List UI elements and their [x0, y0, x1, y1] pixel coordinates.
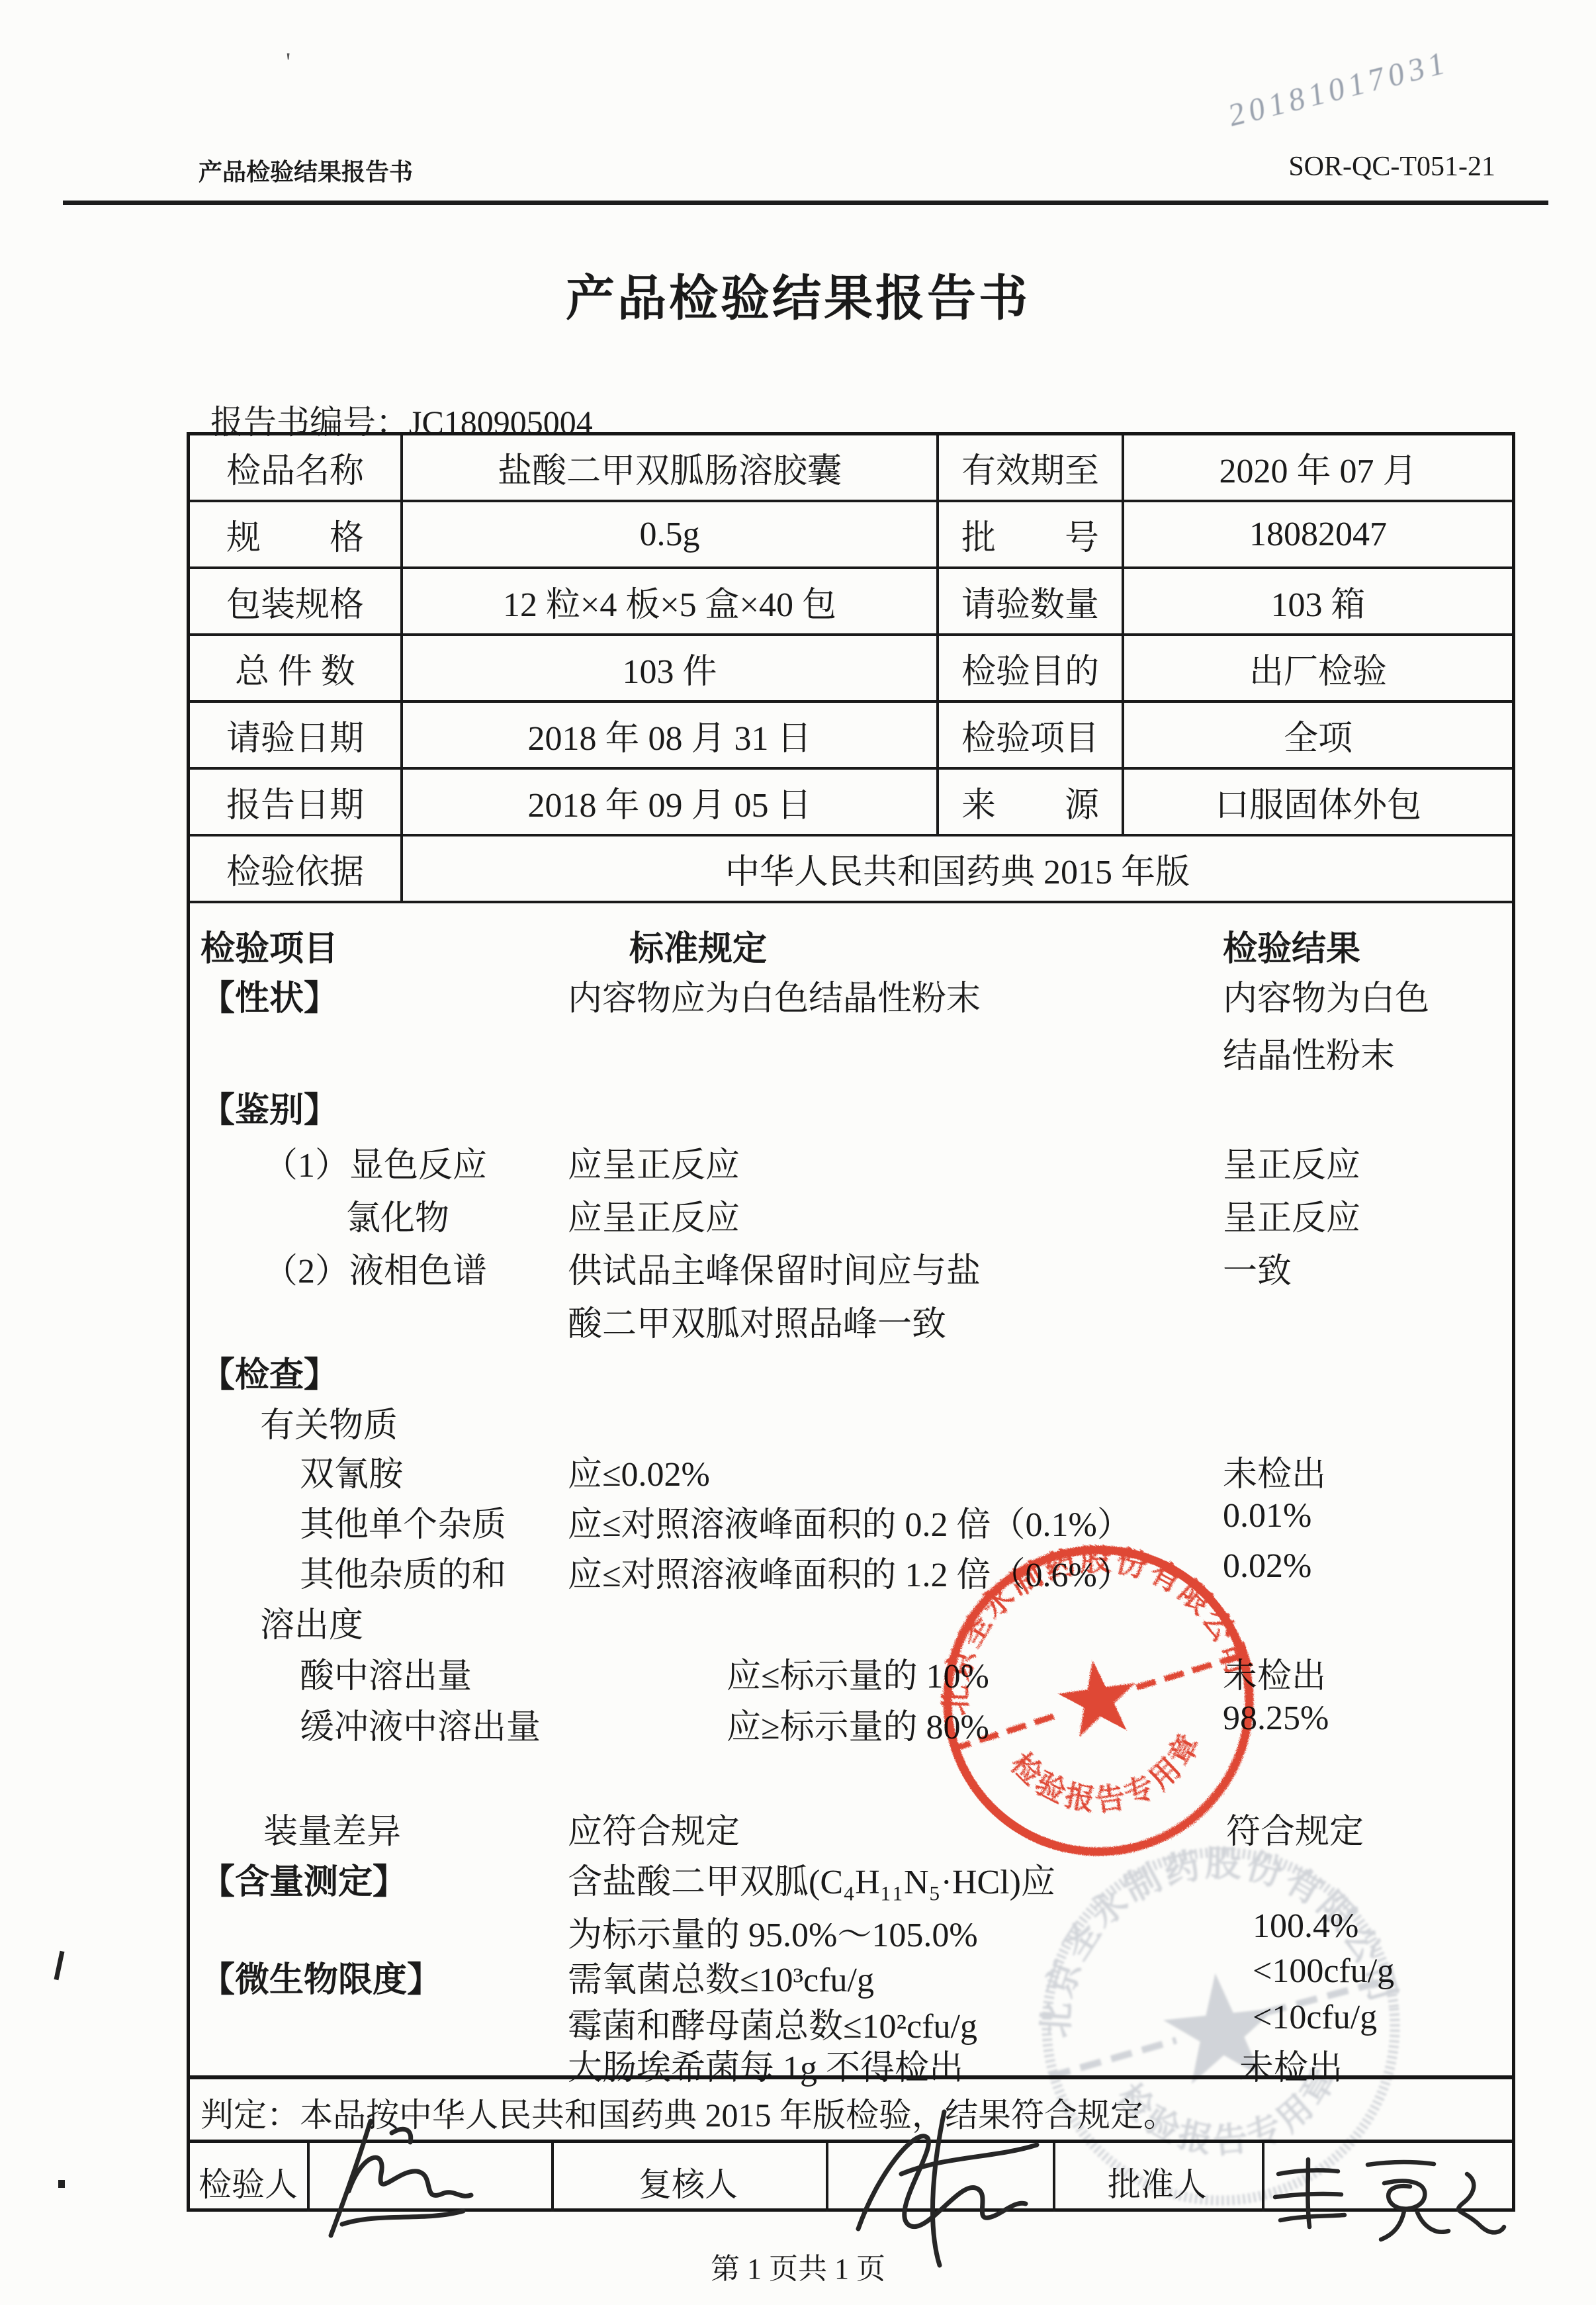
- info-value: 2018 年 09 月 05 日: [403, 770, 939, 836]
- ghost-stamp-star-icon: [1159, 1967, 1283, 2087]
- info-label: 检验项目: [939, 703, 1124, 770]
- page-title: 产品检验结果报告书: [0, 259, 1596, 330]
- info-label: 检验依据: [190, 836, 403, 903]
- report-page: 产品检验结果报告书 SOR-QC-T051-21 ' 产品检验结果报告书 报告书…: [0, 0, 1596, 2305]
- info-value: 103 箱: [1124, 569, 1512, 636]
- result-value: 结晶性粉末: [1223, 1028, 1395, 1077]
- info-label: 有效期至: [939, 435, 1124, 502]
- results-col-item-header: 检验项目: [200, 921, 338, 970]
- info-label: 总 件 数: [190, 636, 403, 703]
- ghost-stamp-type-text: 检验报告专用章: [1107, 2056, 1353, 2172]
- info-value: 103 件: [403, 636, 939, 703]
- result-item: （1）显色反应: [263, 1137, 487, 1187]
- header-divider: [63, 201, 1548, 205]
- result-item: 【性状】: [200, 970, 338, 1020]
- result-value: 一致: [1223, 1243, 1292, 1292]
- scan-mark-left-2: [58, 2180, 65, 2188]
- stamp-type-text: 检验报告专用章: [1002, 1721, 1217, 1829]
- header-form-code: SOR-QC-T051-21: [1125, 151, 1495, 183]
- result-value: 未检出: [1223, 1446, 1326, 1496]
- info-value-merged: 中华人民共和国药典 2015 年版: [403, 836, 1512, 903]
- result-standard: 为标示量的 95.0%～105.0%: [568, 1907, 978, 1956]
- scan-speck: ': [286, 46, 290, 77]
- info-label: 检品名称: [190, 435, 403, 502]
- info-label: 规 格: [190, 502, 403, 569]
- sig-divider: [551, 2143, 554, 2212]
- result-item: 氯化物: [346, 1190, 449, 1240]
- result-item: 其他杂质的和: [300, 1547, 506, 1596]
- result-standard: 内容物应为白色结晶性粉末: [568, 970, 981, 1020]
- info-label: 来 源: [939, 770, 1124, 836]
- info-value: 盐酸二甲双胍肠溶胶囊: [403, 435, 939, 502]
- result-item: 【含量测定】: [200, 1854, 407, 1903]
- results-col-standard-header: 标准规定: [629, 921, 767, 970]
- info-value: 全项: [1124, 703, 1512, 770]
- info-value: 2020 年 07 月: [1124, 435, 1512, 502]
- reviewer-label: 复核人: [639, 2158, 738, 2206]
- result-standard: 应呈正反应: [568, 1190, 740, 1240]
- info-label: 批 号: [939, 502, 1124, 569]
- info-value: 2018 年 08 月 31 日: [403, 703, 939, 770]
- sig-divider: [307, 2143, 310, 2212]
- handwritten-ledger-number: 20181017031: [1227, 43, 1450, 134]
- info-label: 包装规格: [190, 569, 403, 636]
- page-number: 第 1 页共 1 页: [0, 2245, 1596, 2287]
- result-standard: 应≤0.02%: [568, 1446, 710, 1496]
- result-item: 装量差异: [263, 1803, 401, 1853]
- result-item: 【检查】: [200, 1347, 338, 1396]
- info-value: 18082047: [1124, 502, 1512, 569]
- header-doc-type: 产品检验结果报告书: [199, 154, 413, 187]
- svg-text:检验报告专用章: 检验报告专用章: [1002, 1721, 1217, 1829]
- result-item: 酸中溶出量: [300, 1648, 472, 1697]
- inspector-label: 检验人: [199, 2158, 298, 2206]
- result-item: （2）液相色谱: [263, 1243, 487, 1292]
- result-standard: 大肠埃希菌每 1g 不得检出: [568, 2040, 963, 2089]
- info-value: 0.5g: [403, 502, 939, 569]
- result-standard: 应符合规定: [568, 1803, 740, 1853]
- result-value: 呈正反应: [1223, 1137, 1360, 1187]
- result-value: 呈正反应: [1223, 1190, 1360, 1240]
- result-value: 内容物为白色: [1223, 970, 1429, 1020]
- ghost-stamp: 北京圣永制药股份有限公司 检验报告专用章: [1002, 1808, 1439, 2244]
- result-item: 缓冲液中溶出量: [300, 1699, 541, 1748]
- scan-mark-left-1: [54, 1951, 65, 1980]
- result-item: 【微生物限度】: [200, 1952, 441, 2001]
- results-col-result-header: 检验结果: [1223, 921, 1360, 970]
- stamp-star-icon: [1054, 1654, 1141, 1739]
- info-value: 12 粒×4 板×5 盒×40 包: [403, 569, 939, 636]
- info-label: 请验日期: [190, 703, 403, 770]
- result-item: 有关物质: [260, 1397, 398, 1447]
- info-label: 请验数量: [939, 569, 1124, 636]
- info-label: 检验目的: [939, 636, 1124, 703]
- result-item: 其他单个杂质: [300, 1496, 506, 1546]
- svg-text:检验报告专用章: 检验报告专用章: [1107, 2056, 1353, 2172]
- result-item: 双氰胺: [300, 1446, 403, 1496]
- result-item: 【鉴别】: [200, 1082, 338, 1132]
- result-item: 溶出度: [260, 1597, 363, 1647]
- info-label: 报告日期: [190, 770, 403, 836]
- result-standard: 应呈正反应: [568, 1137, 740, 1187]
- result-standard: 需氧菌总数≤10³cfu/g: [568, 1952, 874, 2001]
- result-standard: 供试品主峰保留时间应与盐: [568, 1243, 981, 1292]
- info-value: 口服固体外包: [1124, 770, 1512, 836]
- inspector-signature: [312, 2113, 511, 2252]
- info-value: 出厂检验: [1124, 636, 1512, 703]
- result-standard: 酸二甲双胍对照品峰一致: [568, 1296, 946, 1345]
- sample-info-table: 检品名称 盐酸二甲双胍肠溶胶囊 有效期至 2020 年 07 月 规 格 0.5…: [190, 435, 1512, 903]
